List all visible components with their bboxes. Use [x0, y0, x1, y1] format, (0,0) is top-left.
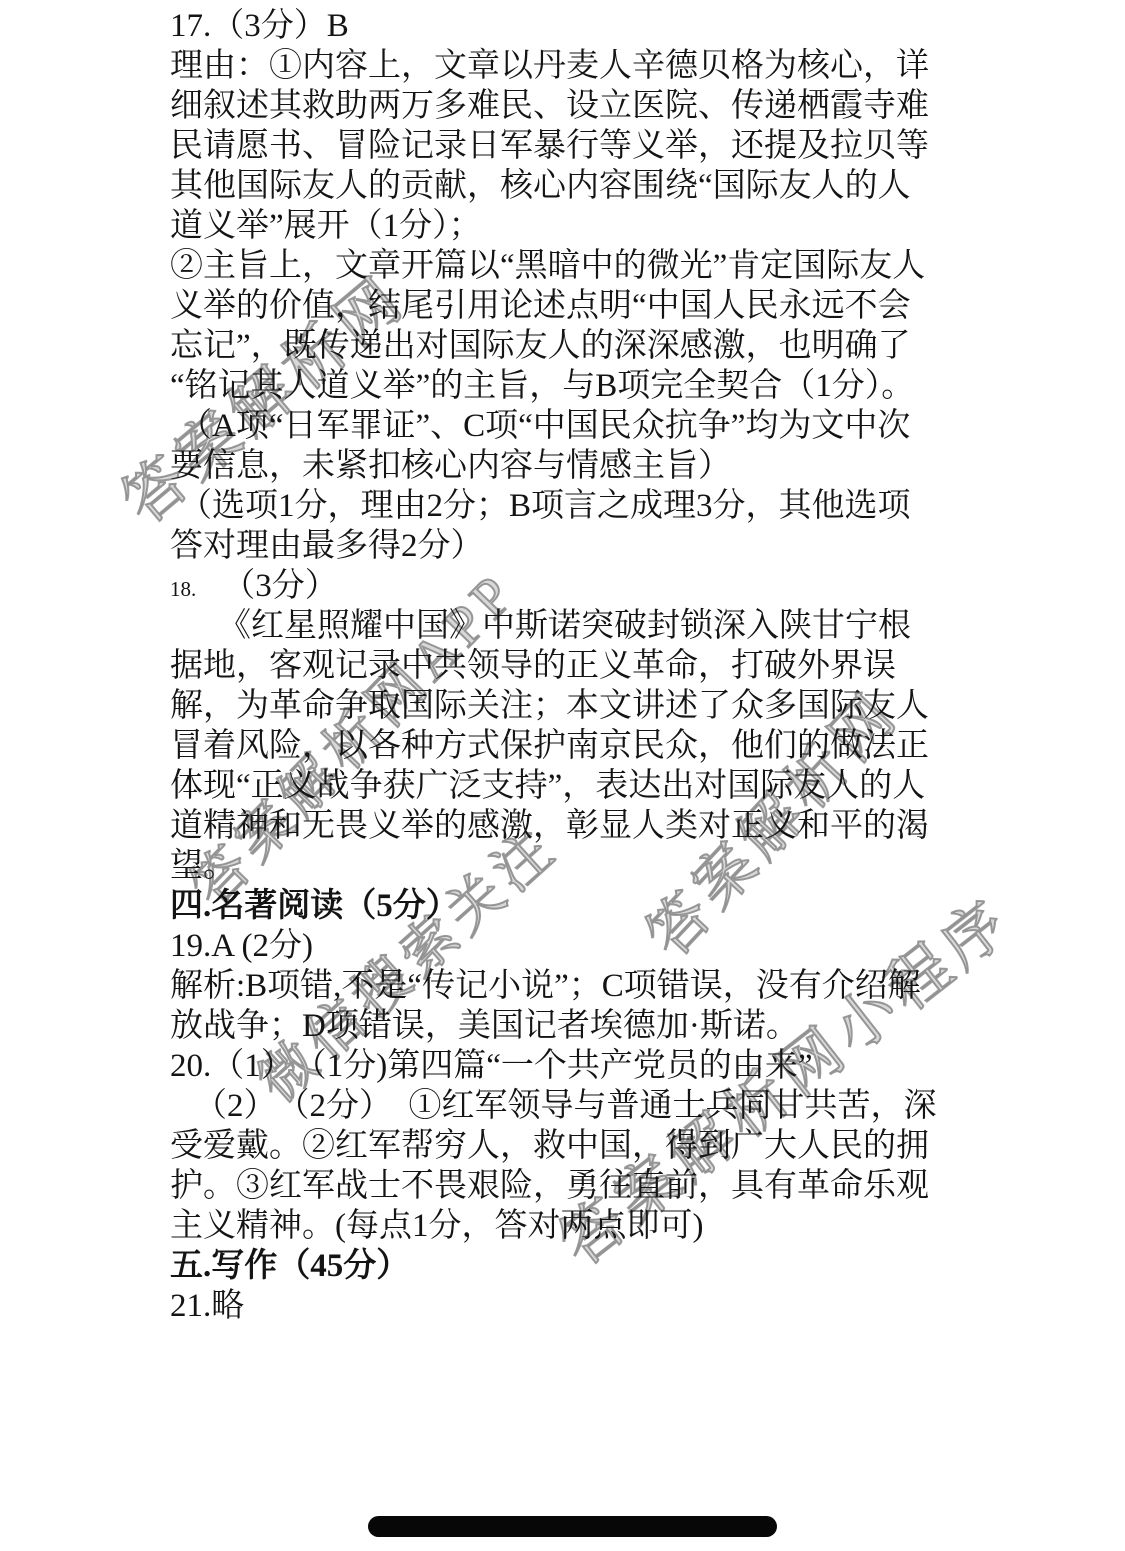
answer-line: 答对理由最多得2分）	[170, 526, 980, 566]
answer-line: 民请愿书、冒险记录日军暴行等义举，还提及拉贝等	[170, 126, 980, 166]
home-indicator[interactable]	[368, 1516, 777, 1537]
answer-line: 《红星照耀中国》中斯诺突破封锁深入陕甘宁根	[170, 606, 980, 646]
section-heading-reading: 四.名著阅读（5分）	[170, 886, 980, 926]
answer-line: ②主旨上，文章开篇以“黑暗中的微光”肯定国际友人	[170, 246, 980, 286]
answer-line: （2） （2分） ①红军领导与普通士兵同甘共苦，深	[170, 1086, 980, 1126]
answer-line: 护。③红军战士不畏艰险，勇往直前，具有革命乐观	[170, 1166, 980, 1206]
answer-line: 细叙述其救助两万多难民、设立医院、传递栖霞寺难	[170, 86, 980, 126]
answer-line: 解，为革命争取国际关注；本文讲述了众多国际友人	[170, 686, 980, 726]
screenshot-root: { "page": { "background": "#ffffff", "te…	[0, 0, 1125, 1551]
answer-line: 忘记”，既传递出对国际友人的深深感激，也明确了	[170, 326, 980, 366]
answer-line: 冒着风险，以各种方式保护南京民众，他们的做法正	[170, 726, 980, 766]
answer-line-19: 19.A (2分)	[170, 926, 980, 966]
answer-document: 17.（3分）B 理由：①内容上，文章以丹麦人辛德贝格为核心，详 细叙述其救助两…	[170, 6, 980, 1326]
answer-line-18: 18.（3分）	[170, 566, 980, 606]
answer-line: 解析:B项错,不是“传记小说”；C项错误，没有介绍解	[170, 966, 980, 1006]
answer-line: 义举的价值，结尾引用论述点明“中国人民永远不会	[170, 286, 980, 326]
answer-line: 其他国际友人的贡献，核心内容围绕“国际友人的人	[170, 166, 980, 206]
answer-line: 据地，客观记录中共领导的正义革命，打破外界误	[170, 646, 980, 686]
section-heading-writing: 五.写作（45分）	[170, 1246, 980, 1286]
answer-line: 道义举”展开（1分）；	[170, 206, 980, 246]
answer-line: 受爱戴。②红军帮穷人，救中国，得到广大人民的拥	[170, 1126, 980, 1166]
answer-line-20: 20.（1） （1分)第四篇“一个共产党员的由来”	[170, 1046, 980, 1086]
answer-line-17: 17.（3分）B	[170, 6, 980, 46]
answer-line: 理由：①内容上，文章以丹麦人辛德贝格为核心，详	[170, 46, 980, 86]
question-number-small: 18.	[170, 577, 196, 601]
answer-line: 要信息，未紧扣核心内容与情感主旨）	[170, 446, 980, 486]
answer-line: 体现“正义战争获广泛支持”，表达出对国际友人的人	[170, 766, 980, 806]
answer-line: （选项1分，理由2分；B项言之成理3分，其他选项	[170, 486, 980, 526]
answer-line: 放战争；D项错误，美国记者埃德加·斯诺。	[170, 1006, 980, 1046]
answer-line-21: 21.略	[170, 1286, 980, 1326]
answer-line: 望。	[170, 846, 980, 886]
answer-line-18-score: （3分）	[222, 568, 338, 604]
answer-line: （A项“日军罪证”、C项“中国民众抗争”均为文中次	[170, 406, 980, 446]
answer-line: “铭记其人道义举”的主旨，与B项完全契合（1分）。	[170, 366, 980, 406]
answer-line: 主义精神。(每点1分，答对两点即可)	[170, 1206, 980, 1246]
answer-line: 道精神和无畏义举的感激，彰显人类对正义和平的渴	[170, 806, 980, 846]
